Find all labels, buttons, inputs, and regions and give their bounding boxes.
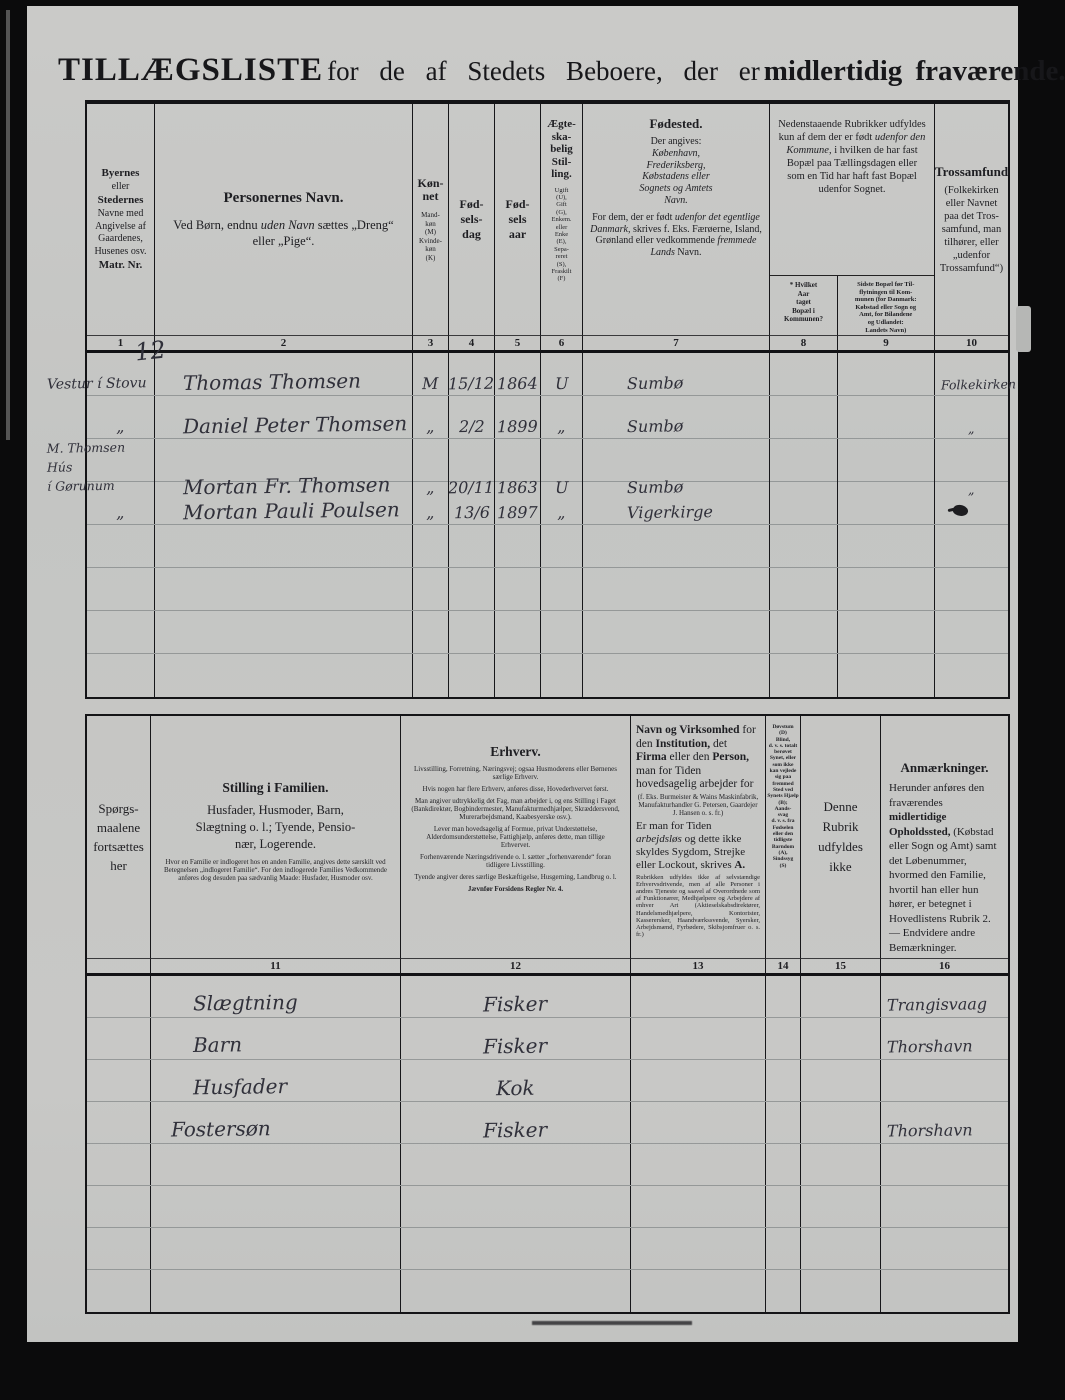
- cell-occupation: Fisker: [483, 1120, 547, 1141]
- col13-header: Navn og Virksomhed for den Institution, …: [631, 716, 766, 958]
- cell-place: Vestur í Stovu: [47, 376, 147, 395]
- cell-religion: „: [968, 422, 975, 435]
- table-row: M. Thomsen Hús í Gørunum Mortan Fr. Thom…: [87, 439, 1008, 482]
- title-middle: for de af Stedets Beboere, der er: [327, 56, 760, 86]
- cell-position: Husfader: [151, 1076, 287, 1102]
- col9-subheader: Sidste Bopæl før Til- flytningen til Kom…: [838, 276, 934, 335]
- col5-header: Fød- sels aar: [495, 104, 541, 335]
- col14-header: Døvstum (D) Blind, d. v. s. totalt berøv…: [766, 716, 801, 958]
- col6-header: Ægte- ska- belig Stil- ling. Ugift (U), …: [541, 104, 583, 335]
- col2-header: Personernes Navn. Ved Børn, endnu uden N…: [155, 104, 413, 335]
- cell-marital: „: [557, 419, 566, 435]
- table-row-empty: [87, 568, 1008, 611]
- page-title: TILLÆGSLISTE for de af Stedets Beboere, …: [58, 52, 1010, 89]
- scan-edge-streak: [6, 10, 10, 440]
- cell-name: Daniel Peter Thomsen: [155, 413, 408, 440]
- table-row: Fostersøn Fisker Thorshavn: [87, 1102, 1008, 1144]
- table-row-empty: [87, 654, 1008, 697]
- ink-smudge: [952, 503, 970, 518]
- cell-occupation: Fisker: [483, 994, 547, 1015]
- cell-birthplace: Sumbø: [583, 375, 684, 395]
- title-suffix: midlertidig fraværende.: [764, 55, 1065, 87]
- cell-sex: „: [426, 505, 435, 521]
- table-row: Barn Fisker Thorshavn: [87, 1018, 1008, 1060]
- table-row-empty: [87, 525, 1008, 568]
- col1-header: Byernes eller Stedernes Navne med Angive…: [87, 104, 155, 335]
- table-lower: Spørgs- maalene fortsættes her Stilling …: [85, 714, 1010, 1314]
- cell-occupation: Kok: [496, 1078, 535, 1099]
- cell-position: Fostersøn: [151, 1118, 271, 1144]
- table-upper-header: Byernes eller Stedernes Navne med Angive…: [87, 104, 1008, 335]
- cell-remark: Trangisvaag: [881, 996, 987, 1017]
- cell-sex: M: [422, 376, 439, 392]
- census-scan-page: TILLÆGSLISTE for de af Stedets Beboere, …: [0, 0, 1065, 1400]
- printer-imprint: [532, 1321, 692, 1325]
- table-row-empty: [87, 1270, 1008, 1312]
- col11-header: Stilling i Familien. Husfader, Husmoder,…: [151, 716, 401, 958]
- table-upper: Byernes eller Stedernes Navne med Angive…: [85, 100, 1010, 699]
- table-row-empty: [87, 611, 1008, 654]
- cell-remark: Thorshavn: [881, 1122, 973, 1143]
- col8-9-group-header: Nedenstaaende Rubrikker udfyldes kun af …: [770, 104, 935, 335]
- cell-marital: „: [557, 505, 566, 521]
- col12-header: Erhverv. Livsstilling, Forretning, Nærin…: [401, 716, 631, 958]
- table-lower-header: Spørgs- maalene fortsættes her Stilling …: [87, 716, 1008, 958]
- cell-birth-year: 1864: [497, 376, 538, 393]
- table-row: „ Daniel Peter Thomsen „ 2/2 1899 „ Sumb…: [87, 396, 1008, 439]
- col4-header: Fød- sels- dag: [449, 104, 495, 335]
- cell-birth-day: 15/12: [448, 376, 494, 393]
- col10-header: Trossamfund (Folkekirken eller Navnet pa…: [935, 104, 1008, 335]
- cell-birth-year: 1899: [497, 419, 538, 436]
- cell-name: Mortan Pauli Poulsen: [155, 499, 400, 525]
- table-row: „ Mortan Pauli Poulsen „ 13/6 1897 „ Vig…: [87, 482, 1008, 525]
- cell-birthplace: Sumbø: [583, 418, 684, 438]
- table-upper-column-numbers: 1 2 3 4 5 6 7 8 9 10: [87, 335, 1008, 353]
- cell-occupation: Fisker: [483, 1036, 547, 1057]
- cell-religion: Folkekirken: [935, 378, 1016, 396]
- continuation-label: Spørgs- maalene fortsættes her: [87, 716, 151, 958]
- cell-sex: „: [426, 419, 435, 435]
- cell-remark: [881, 1097, 887, 1101]
- table-row: Slægtning Fisker Trangisvaag: [87, 976, 1008, 1018]
- cell-remark: Thorshavn: [881, 1038, 973, 1059]
- table-lower-column-numbers: 11 12 13 14 15 16: [87, 958, 1008, 976]
- table-row-empty: [87, 1228, 1008, 1270]
- col7-header: Fødested. Der angives: København, Freder…: [583, 104, 770, 335]
- cell-place: „: [116, 419, 125, 435]
- col16-header: Anmærkninger. Herunder anføres den fravæ…: [881, 716, 1008, 958]
- col8-subheader: * Hvilket Aar taget Bopæl i Kommunen?: [770, 276, 838, 335]
- page-edge-notch: [1016, 306, 1031, 352]
- table-row: Vestur í Stovu12 Thomas Thomsen M 15/12 …: [87, 353, 1008, 396]
- cell-marital: U: [555, 376, 569, 392]
- cell-position: Barn: [151, 1034, 242, 1059]
- col15-header: Denne Rubrik udfyldes ikke: [801, 716, 881, 958]
- title-prefix: TILLÆGSLISTE: [58, 52, 323, 88]
- col3-header: Køn- net Mand- køn (M) Kvinde- køn (K): [413, 104, 449, 335]
- cell-birth-day: 2/2: [459, 419, 485, 435]
- table-row: Husfader Kok: [87, 1060, 1008, 1102]
- cell-position: Slægtning: [151, 992, 298, 1018]
- cell-birthplace: Vigerkirge: [583, 504, 713, 525]
- cell-birth-day: 13/6: [453, 505, 489, 522]
- table-row-empty: [87, 1144, 1008, 1186]
- cell-name: Thomas Thomsen: [155, 371, 361, 397]
- cell-place: „: [116, 505, 125, 521]
- table-row-empty: [87, 1186, 1008, 1228]
- cell-birth-year: 1897: [497, 505, 538, 522]
